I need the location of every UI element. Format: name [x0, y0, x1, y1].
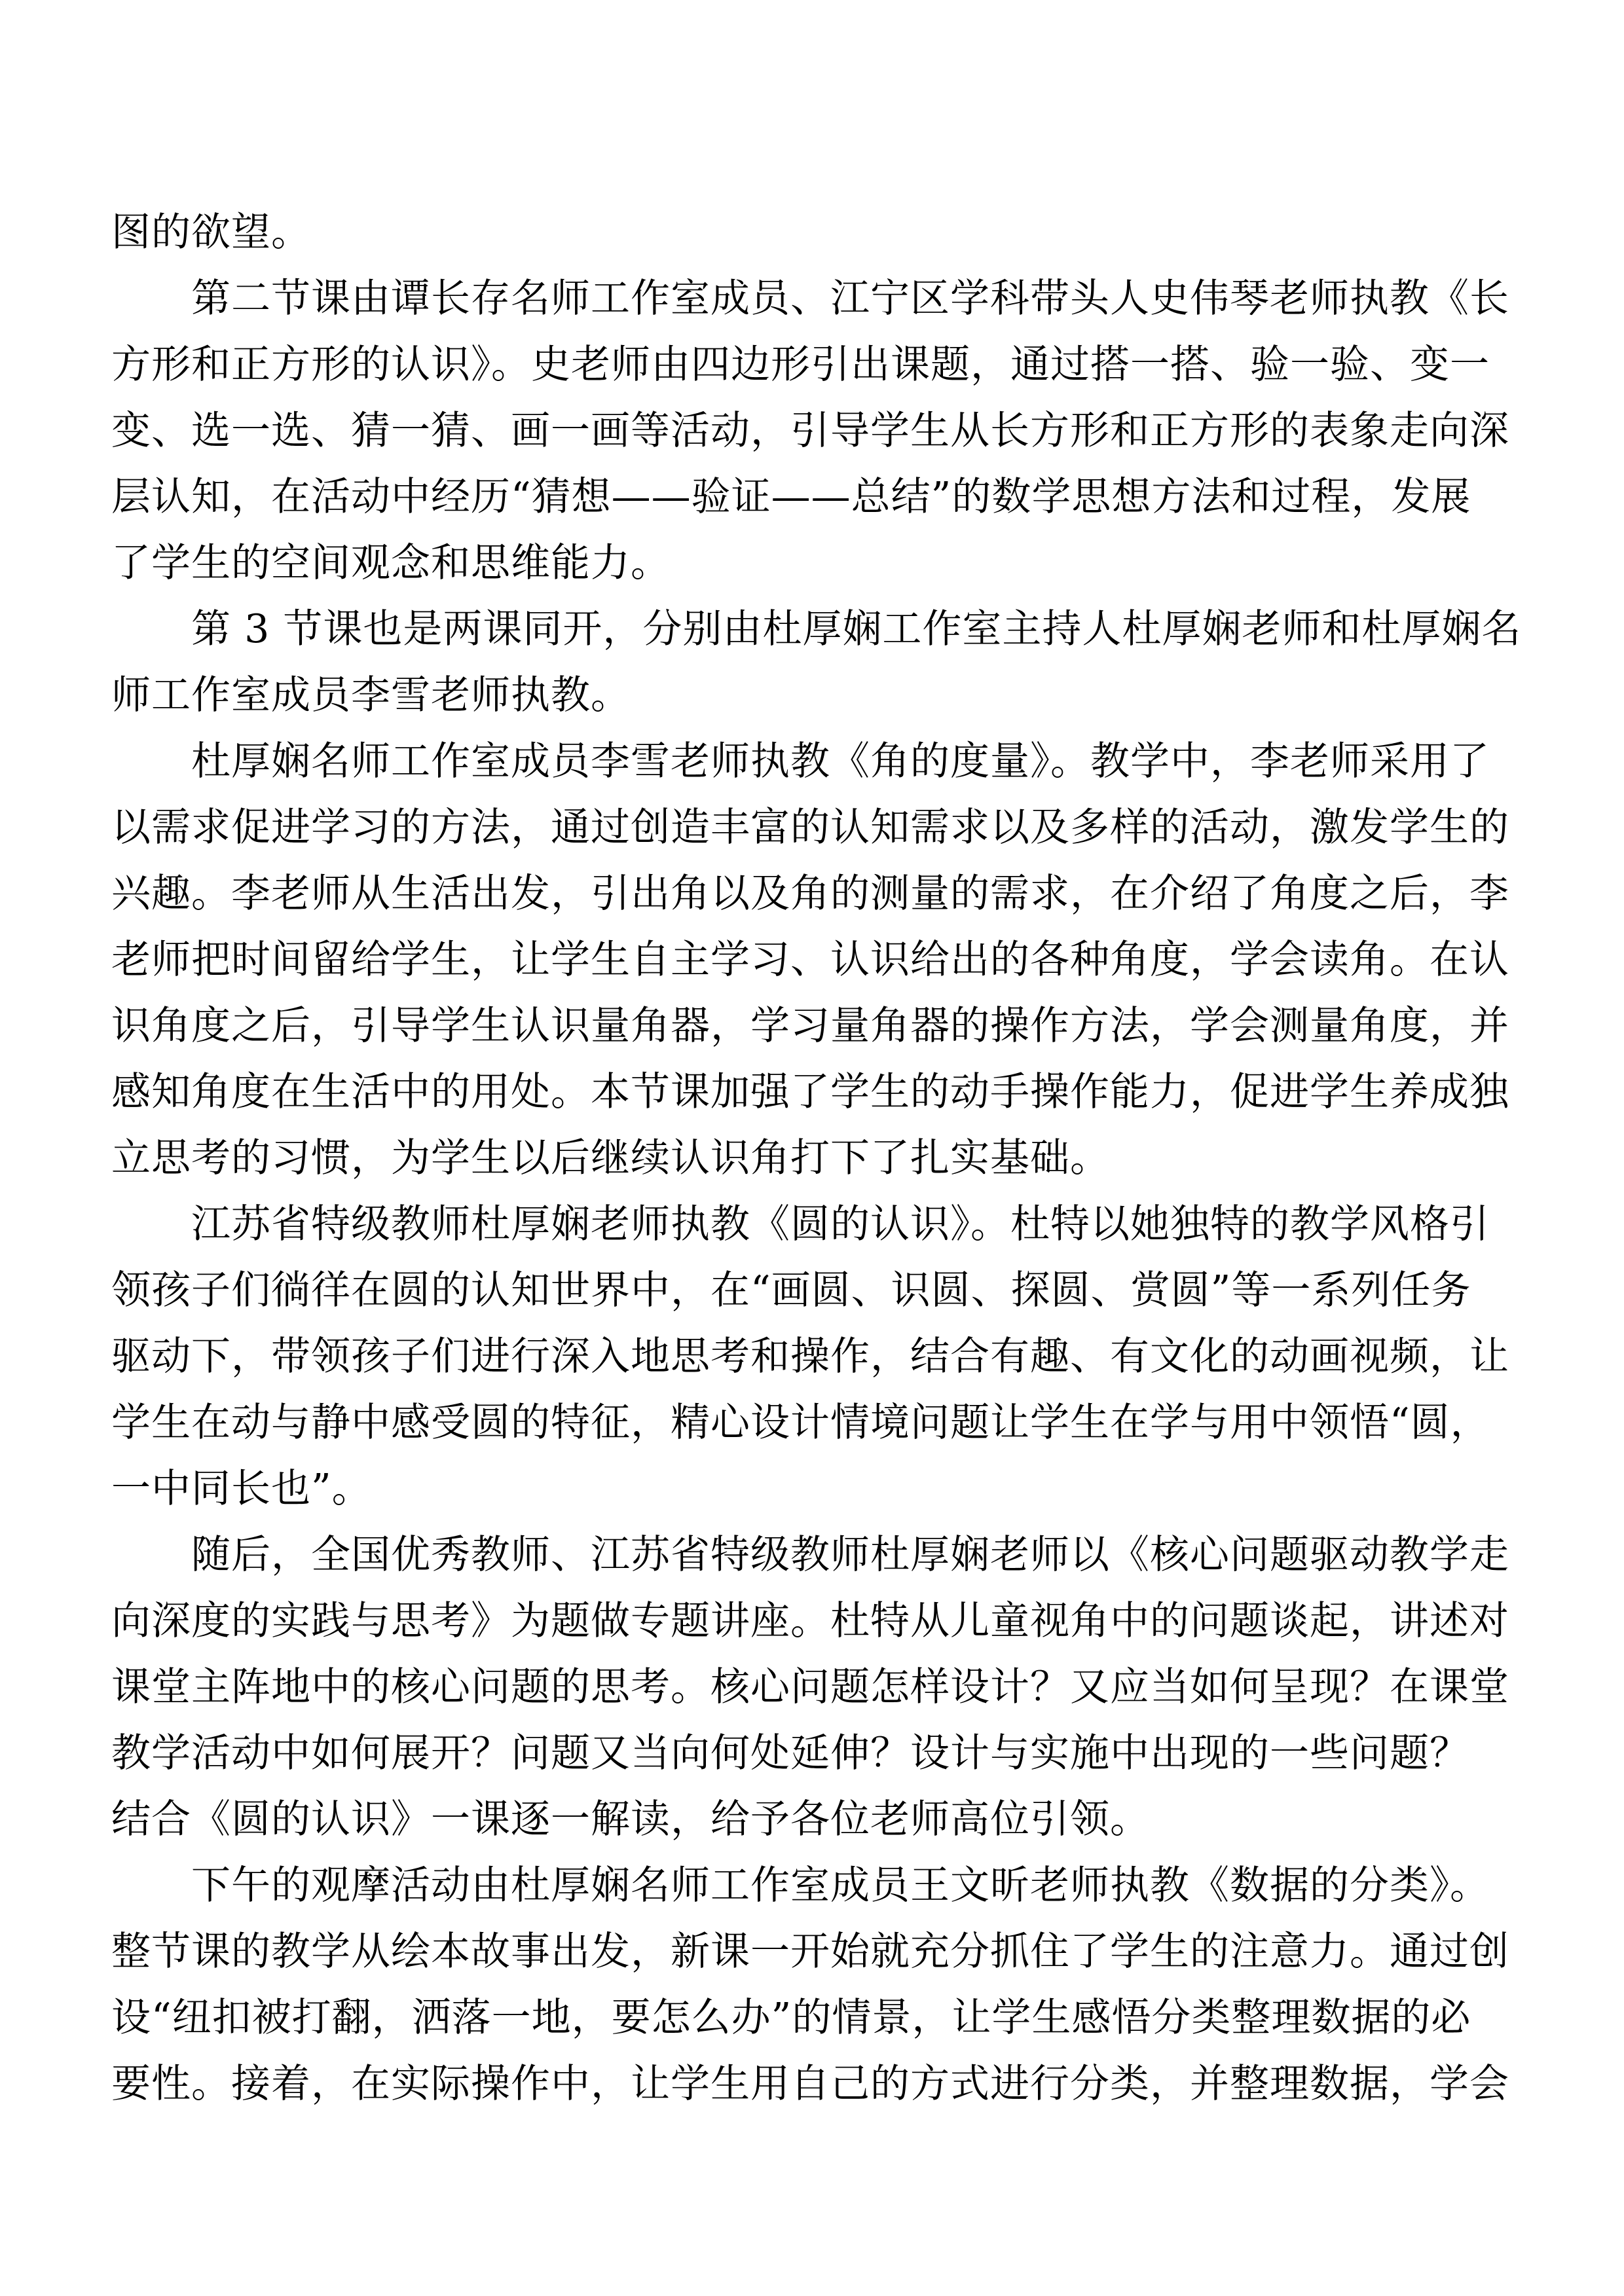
text-line: 层认知，在活动中经历“猜想——验证——总结”的数学思想方法和过程，发展 — [111, 464, 1516, 530]
text-line: 感知角度在生活中的用处。本节课加强了学生的动手操作能力，促进学生养成独 — [111, 1059, 1516, 1125]
text-line: 下午的观摩活动由杜厚娴名师工作室成员王文昕老师执教《数据的分类》。 — [111, 1853, 1516, 1919]
text-line: 学生在动与静中感受圆的特征，精心设计情境问题让学生在学与用中领悟“圆， — [111, 1390, 1516, 1456]
text-line: 第二节课由谭长存名师工作室成员、江宁区学科带头人史伟琴老师执教《长 — [111, 266, 1516, 332]
text-line: 师工作室成员李雪老师执教。 — [111, 663, 1516, 729]
text-line: 驱动下，带领孩子们进行深入地思考和操作，结合有趣、有文化的动画视频，让 — [111, 1324, 1516, 1390]
text-line: 了学生的空间观念和思维能力。 — [111, 530, 1516, 596]
text-line: 杜厚娴名师工作室成员李雪老师执教《角的度量》。教学中，李老师采用了 — [111, 729, 1516, 795]
document-page: 图的欲望。 第二节课由谭长存名师工作室成员、江宁区学科带头人史伟琴老师执教《长 … — [0, 0, 1624, 2296]
text-line: 随后，全国优秀教师、江苏省特级教师杜厚娴老师以《核心问题驱动教学走 — [111, 1522, 1516, 1588]
text-line: 向深度的实践与思考》为题做专题讲座。杜特从儿童视角中的问题谈起，讲述对 — [111, 1588, 1516, 1654]
text-line: 老师把时间留给学生，让学生自主学习、认识给出的各种角度，学会读角。在认 — [111, 927, 1516, 993]
text-line: 兴趣。李老师从生活出发，引出角以及角的测量的需求，在介绍了角度之后，李 — [111, 861, 1516, 927]
text-line: 教学活动中如何展开？问题又当向何处延伸？设计与实施中出现的一些问题？ — [111, 1721, 1516, 1787]
text-line: 第 3 节课也是两课同开，分别由杜厚娴工作室主持人杜厚娴老师和杜厚娴名 — [111, 596, 1516, 663]
text-line: 方形和正方形的认识》。史老师由四边形引出课题，通过搭一搭、验一验、变一 — [111, 332, 1516, 398]
text-line: 课堂主阵地中的核心问题的思考。核心问题怎样设计？又应当如何呈现？在课堂 — [111, 1654, 1516, 1721]
text-line: 变、选一选、猜一猜、画一画等活动，引导学生从长方形和正方形的表象走向深 — [111, 398, 1516, 464]
text-line: 江苏省特级教师杜厚娴老师执教《圆的认识》。杜特以她独特的教学风格引 — [111, 1192, 1516, 1258]
text-line: 领孩子们徜徉在圆的认知世界中，在“画圆、识圆、探圆、赏圆”等一系列任务 — [111, 1258, 1516, 1324]
text-line: 立思考的习惯，为学生以后继续认识角打下了扎实基础。 — [111, 1125, 1516, 1192]
text-line: 设“纽扣被打翻，洒落一地，要怎么办”的情景，让学生感悟分类整理数据的必 — [111, 1985, 1516, 2051]
text-line: 以需求促进学习的方法，通过创造丰富的认知需求以及多样的活动，激发学生的 — [111, 795, 1516, 861]
text-line: 整节课的教学从绘本故事出发，新课一开始就充分抓住了学生的注意力。通过创 — [111, 1919, 1516, 1985]
document-body: 图的欲望。 第二节课由谭长存名师工作室成员、江宁区学科带头人史伟琴老师执教《长 … — [111, 200, 1516, 2117]
text-line: 要性。接着，在实际操作中，让学生用自己的方式进行分类，并整理数据，学会 — [111, 2051, 1516, 2117]
text-line: 识角度之后，引导学生认识量角器，学习量角器的操作方法，学会测量角度，并 — [111, 993, 1516, 1059]
text-line: 图的欲望。 — [111, 200, 1516, 266]
text-line: 一中同长也”。 — [111, 1456, 1516, 1522]
text-line: 结合《圆的认识》一课逐一解读，给予各位老师高位引领。 — [111, 1787, 1516, 1853]
